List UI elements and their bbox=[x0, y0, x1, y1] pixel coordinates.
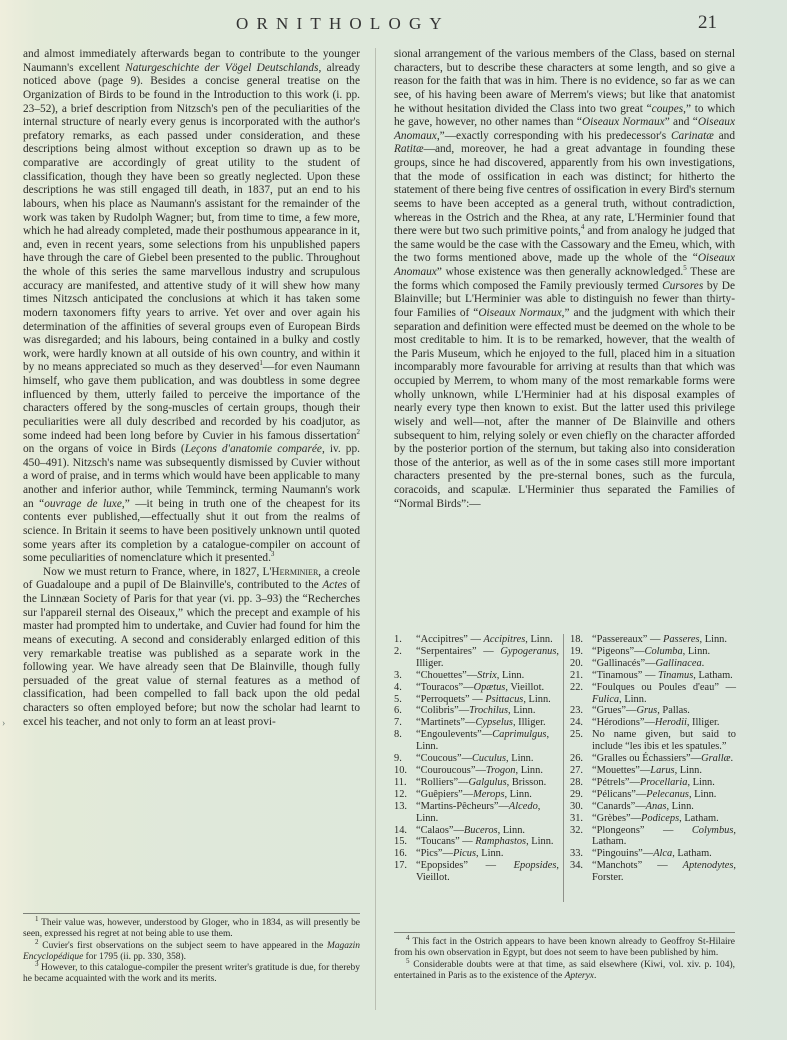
footnotes-left: 1 Their value was, however, understood b… bbox=[23, 918, 360, 986]
list-item: 30.“Canards”—Anas, Linn. bbox=[570, 801, 736, 813]
list-item: 4.“Touracos”—Opætus, Vieillot. bbox=[394, 682, 559, 694]
list-item-number: 18. bbox=[570, 634, 592, 646]
column-divider bbox=[375, 48, 376, 1010]
list-item: 8.“Engoulevents”—Caprimulgus, Linn. bbox=[394, 729, 559, 753]
list-item: 33.“Pingouins”—Alca, Latham. bbox=[570, 848, 736, 860]
list-item-number: 25. bbox=[570, 729, 592, 741]
footnote: 2 Cuvier's first observations on the sub… bbox=[23, 941, 360, 964]
list-item-number: 28. bbox=[570, 777, 592, 789]
footnote: 3 However, to this catalogue-compiler th… bbox=[23, 963, 360, 986]
list-item-number: 31. bbox=[570, 813, 592, 825]
families-list-column-2: 18.“Passereaux” — Passeres, Linn.19.“Pig… bbox=[570, 634, 736, 884]
list-item: 28.“Pétrels”—Procellaria, Linn. bbox=[570, 777, 736, 789]
list-item: 5.“Perroquets” — Psittacus, Linn. bbox=[394, 694, 559, 706]
list-item: 17.“Epopsides” — Epopsides, Vieillot. bbox=[394, 860, 559, 884]
list-item-number: 24. bbox=[570, 717, 592, 729]
list-item: 15.“Toucans” — Ramphastos, Linn. bbox=[394, 836, 559, 848]
list-item-number: 3. bbox=[394, 670, 416, 682]
left-column-body: and almost immediately afterwards began … bbox=[23, 48, 360, 729]
list-item: 34.“Manchots” — Aptenodytes, Forster. bbox=[570, 860, 736, 884]
list-item-number: 1. bbox=[394, 634, 416, 646]
list-item: 2.“Serpentaires” — Gypogeranus, Illiger. bbox=[394, 646, 559, 670]
footnote: 4 This fact in the Ostrich appears to ha… bbox=[394, 937, 735, 960]
footnote-rule-left bbox=[23, 913, 360, 914]
list-item: 12.“Guêpiers”—Merops, Linn. bbox=[394, 789, 559, 801]
list-item-number: 26. bbox=[570, 753, 592, 765]
list-item-number: 19. bbox=[570, 646, 592, 658]
list-item-number: 11. bbox=[394, 777, 416, 789]
list-item: 10.“Couroucous”—Trogon, Linn. bbox=[394, 765, 559, 777]
list-item-number: 22. bbox=[570, 682, 592, 694]
list-item: 6.“Colibris”—Trochilus, Linn. bbox=[394, 705, 559, 717]
list-item: 11.“Rolliers”—Galgulus, Brisson. bbox=[394, 777, 559, 789]
list-item-number: 33. bbox=[570, 848, 592, 860]
list-item-number: 16. bbox=[394, 848, 416, 860]
list-item: 1.“Accipitres” — Accipitres, Linn. bbox=[394, 634, 559, 646]
list-item-number: 34. bbox=[570, 860, 592, 872]
list-item-number: 15. bbox=[394, 836, 416, 848]
footnotes-right: 4 This fact in the Ostrich appears to ha… bbox=[394, 937, 735, 982]
running-title: ORNITHOLOGY bbox=[236, 14, 450, 34]
footnote: 1 Their value was, however, understood b… bbox=[23, 918, 360, 941]
list-item-number: 29. bbox=[570, 789, 592, 801]
list-item-number: 6. bbox=[394, 705, 416, 717]
list-item-number: 9. bbox=[394, 753, 416, 765]
footnote: 5 Considerable doubts were at that time,… bbox=[394, 960, 735, 983]
list-item-number: 17. bbox=[394, 860, 416, 872]
list-item: 19.“Pigeons”—Columba, Linn. bbox=[570, 646, 736, 658]
list-item: 13.“Martins-Pêcheurs”—Alcedo, Linn. bbox=[394, 801, 559, 825]
list-item-number: 12. bbox=[394, 789, 416, 801]
paragraph: and almost immediately afterwards began … bbox=[23, 48, 360, 566]
list-item: 20.“Gallinacés”—Gallinacea. bbox=[570, 658, 736, 670]
paragraph: Now we must return to France, where, in … bbox=[23, 566, 360, 730]
list-item: 18.“Passereaux” — Passeres, Linn. bbox=[570, 634, 736, 646]
list-item-number: 2. bbox=[394, 646, 416, 658]
footnote-rule-right bbox=[394, 932, 735, 933]
list-item-number: 13. bbox=[394, 801, 416, 813]
right-column-body: sional arrangement of the various member… bbox=[394, 48, 735, 511]
list-item: 26.“Gralles ou Échassiers”—Grallæ. bbox=[570, 753, 736, 765]
list-item: 9.“Coucous”—Cuculus, Linn. bbox=[394, 753, 559, 765]
list-item: 25.No name given, but said to include “l… bbox=[570, 729, 736, 753]
list-item-number: 4. bbox=[394, 682, 416, 694]
list-item-number: 21. bbox=[570, 670, 592, 682]
list-item-number: 32. bbox=[570, 825, 592, 837]
list-item-number: 14. bbox=[394, 825, 416, 837]
list-item: 23.“Grues”—Grus, Pallas. bbox=[570, 705, 736, 717]
list-item: 3.“Chouettes”—Strix, Linn. bbox=[394, 670, 559, 682]
list-item-number: 30. bbox=[570, 801, 592, 813]
list-item: 29.“Pélicans”—Pelecanus, Linn. bbox=[570, 789, 736, 801]
list-item: 7.“Martinets”—Cypselus, Illiger. bbox=[394, 717, 559, 729]
list-item-number: 27. bbox=[570, 765, 592, 777]
list-item: 31.“Grèbes”—Podiceps, Latham. bbox=[570, 813, 736, 825]
list-item: 21.“Tinamous” — Tinamus, Latham. bbox=[570, 670, 736, 682]
list-item: 32.“Plongeons” — Colymbus, Latham. bbox=[570, 825, 736, 849]
families-list-divider bbox=[563, 634, 564, 902]
list-item-number: 10. bbox=[394, 765, 416, 777]
page-number: 21 bbox=[698, 12, 717, 34]
list-item: 27.“Mouettes”—Larus, Linn. bbox=[570, 765, 736, 777]
list-item-number: 23. bbox=[570, 705, 592, 717]
families-list-column-1: 1.“Accipitres” — Accipitres, Linn.2.“Ser… bbox=[394, 634, 559, 884]
families-list: 1.“Accipitres” — Accipitres, Linn.2.“Ser… bbox=[394, 634, 736, 914]
page-header: ORNITHOLOGY 21 bbox=[0, 8, 787, 38]
margin-mark: › bbox=[2, 718, 5, 729]
paragraph: sional arrangement of the various member… bbox=[394, 48, 735, 511]
list-item: 16.“Pics”—Picus, Linn. bbox=[394, 848, 559, 860]
list-item-number: 20. bbox=[570, 658, 592, 670]
list-item: 22.“Foulques ou Poules d'eau” —Fulica, L… bbox=[570, 682, 736, 706]
list-item: 24.“Hérodions”—Herodii, Illiger. bbox=[570, 717, 736, 729]
list-item: 14.“Calaos”—Buceros, Linn. bbox=[394, 825, 559, 837]
list-item-number: 8. bbox=[394, 729, 416, 741]
list-item-number: 7. bbox=[394, 717, 416, 729]
list-item-number: 5. bbox=[394, 694, 416, 706]
